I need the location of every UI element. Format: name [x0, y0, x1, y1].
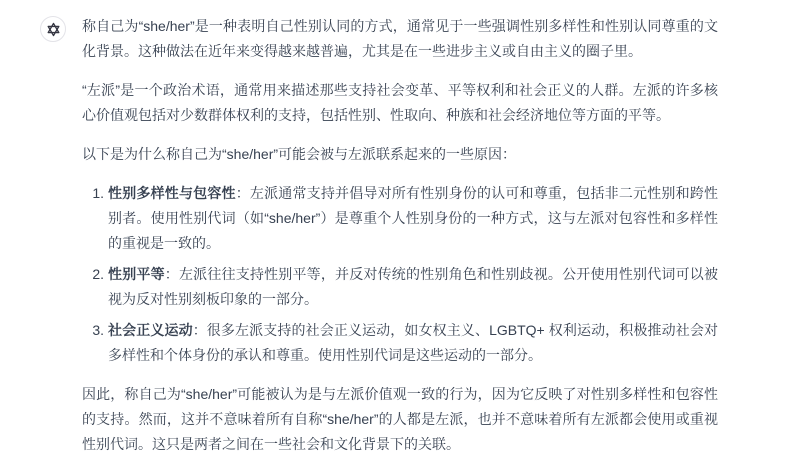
message-content: 称自己为“she/her”是一种表明自己性别认同的方式，通常见于一些强调性别多样…: [82, 14, 718, 452]
paragraph-leftwing-definition: “左派”是一个政治术语，通常用来描述那些支持社会变革、平等权利和社会正义的人群。…: [82, 78, 718, 128]
paragraph-reasons-lead-in: 以下是为什么称自己为“she/her”可能会被与左派联系起来的一些原因：: [82, 142, 718, 167]
paragraph-intro-shehr: 称自己为“she/her”是一种表明自己性别认同的方式，通常见于一些强调性别多样…: [82, 14, 718, 64]
list-item-title: 性别多样性与包容性: [108, 185, 236, 201]
assistant-message: 称自己为“she/her”是一种表明自己性别认同的方式，通常见于一些强调性别多样…: [0, 0, 796, 452]
list-item-gender-diversity: 1. 性别多样性与包容性：左派通常支持并倡导对所有性别身份的认可和尊重，包括非二…: [108, 181, 718, 256]
list-item-social-justice: 3. 社会正义运动：很多左派支持的社会正义运动，如女权主义、LGBTQ+ 权利运…: [108, 318, 718, 368]
list-item-number: 1.: [86, 181, 104, 206]
list-item-title: 性别平等: [108, 266, 165, 282]
list-item-title: 社会正义运动: [108, 322, 193, 338]
list-item-gender-equality: 2. 性别平等：左派往往支持性别平等，并反对传统的性别角色和性别歧视。公开使用性…: [108, 262, 718, 312]
list-item-text: ：很多左派支持的社会正义运动，如女权主义、LGBTQ+ 权利运动，积极推动社会对…: [108, 322, 718, 363]
chat-area: 称自己为“she/her”是一种表明自己性别认同的方式，通常见于一些强调性别多样…: [0, 0, 796, 452]
list-item-text: ：左派往往支持性别平等，并反对传统的性别角色和性别歧视。公开使用性别代词可以被视…: [108, 266, 718, 307]
assistant-avatar: [40, 16, 66, 42]
list-item-number: 3.: [86, 318, 104, 343]
list-item-number: 2.: [86, 262, 104, 287]
reasons-list: 1. 性别多样性与包容性：左派通常支持并倡导对所有性别身份的认可和尊重，包括非二…: [82, 181, 718, 368]
paragraph-conclusion: 因此，称自己为“she/her”可能被认为是与左派价值观一致的行为，因为它反映了…: [82, 382, 718, 452]
openai-logo-icon: [45, 21, 62, 38]
